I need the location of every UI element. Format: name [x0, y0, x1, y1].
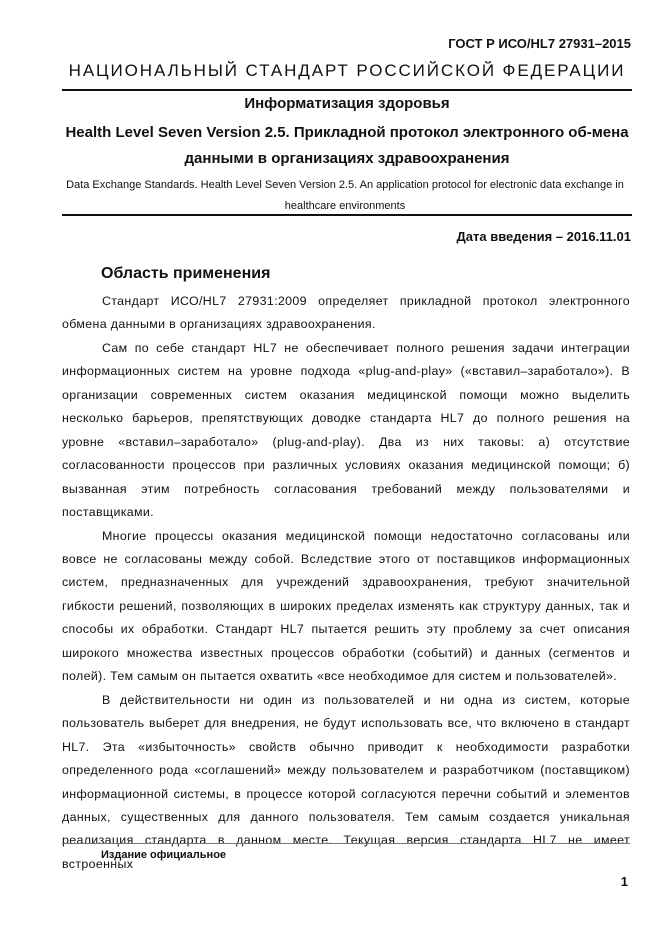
document-code: ГОСТ Р ИСО/HL7 27931–2015 [448, 36, 631, 51]
title-ru-line2-text: Health Level Seven Version 2.5. Прикладн… [65, 124, 628, 167]
paragraph: Многие процессы оказания медицинской пом… [62, 525, 630, 689]
page-number: 1 [621, 874, 628, 889]
section-heading: Область применения [101, 265, 270, 283]
top-divider [62, 89, 632, 91]
document-page: ГОСТ Р ИСО/HL7 27931–2015 НАЦИОНАЛЬНЫЙ С… [0, 0, 661, 935]
title-ru-line2: Health Level Seven Version 2.5. Прикладн… [62, 120, 632, 172]
paragraph: Сам по себе стандарт HL7 не обеспечивает… [62, 337, 630, 525]
official-edition-label: Издание официальное [101, 849, 226, 861]
national-standard-title: НАЦИОНАЛЬНЫЙ СТАНДАРТ РОССИЙСКОЙ ФЕДЕРАЦ… [62, 61, 632, 81]
introduction-date: Дата введения – 2016.11.01 [457, 229, 631, 244]
title-en: Data Exchange Standards. Health Level Se… [40, 175, 650, 217]
paragraph: Стандарт ИСО/HL7 27931:2009 определяет п… [62, 290, 630, 337]
section-body: Стандарт ИСО/HL7 27931:2009 определяет п… [62, 290, 630, 876]
footer-divider [62, 843, 630, 844]
title-divider [62, 214, 632, 216]
title-ru-line1: Информатизация здоровья [62, 95, 632, 112]
